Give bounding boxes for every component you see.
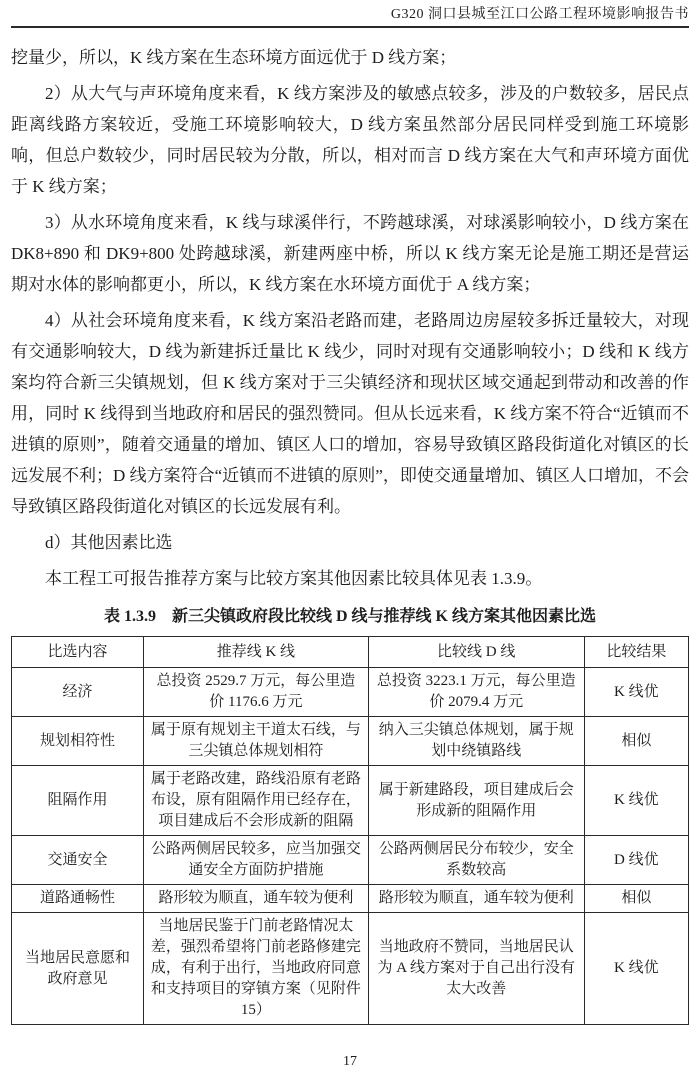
cell-d-line: 公路两侧居民分布较少，安全系数较高 (368, 836, 584, 885)
table-row: 当地居民意愿和政府意见 当地居民鉴于门前老路情况太差，强烈希望将门前老路修建完成… (12, 913, 689, 1025)
cell-factor: 规划相符性 (12, 717, 144, 766)
col-header-d-line: 比较线 D 线 (368, 637, 584, 668)
cell-result: 相似 (584, 885, 688, 913)
col-header-item: 比选内容 (12, 637, 144, 668)
cell-k-line: 属于老路改建，路线沿原有老路布设，原有阻隔作用已经存在，项目建成后不会形成新的阻… (144, 766, 369, 836)
table-row: 规划相符性 属于原有规划主干道太石线，与三尖镇总体规划相符 纳入三尖镇总体规划，… (12, 717, 689, 766)
cell-k-line: 路形较为顺直，通车较为便利 (144, 885, 369, 913)
cell-result: D 线优 (584, 836, 688, 885)
table-row: 道路通畅性 路形较为顺直，通车较为便利 路形较为顺直，通车较为便利 相似 (12, 885, 689, 913)
paragraph-section-d: d）其他因素比选 (11, 527, 689, 558)
cell-result: K 线优 (584, 913, 688, 1025)
cell-d-line: 属于新建路段，项目建成后会形成新的阻隔作用 (368, 766, 584, 836)
paragraph-item-2: 2）从大气与声环境角度来看，K 线方案涉及的敏感点较多，涉及的户数较多，居民点距… (11, 78, 689, 202)
cell-result: K 线优 (584, 766, 688, 836)
page-header: G320 洞口县城至江口公路工程环境影响报告书 (11, 6, 689, 28)
paragraph-item-4: 4）从社会环境角度来看，K 线方案沿老路而建，老路周边房屋较多拆迁量较大，对现有… (11, 305, 689, 522)
cell-factor: 阻隔作用 (12, 766, 144, 836)
document-body: 挖量少，所以，K 线方案在生态环境方面远优于 D 线方案； 2）从大气与声环境角… (11, 42, 689, 1025)
table-row: 阻隔作用 属于老路改建，路线沿原有老路布设，原有阻隔作用已经存在，项目建成后不会… (12, 766, 689, 836)
report-title: G320 洞口县城至江口公路工程环境影响报告书 (11, 6, 689, 23)
cell-result: K 线优 (584, 668, 688, 717)
paragraph-continuation: 挖量少，所以，K 线方案在生态环境方面远优于 D 线方案； (11, 42, 689, 73)
table-row: 交通安全 公路两侧居民较多，应当加强交通安全方面防护措施 公路两侧居民分布较少，… (12, 836, 689, 885)
cell-k-line: 总投资 2529.7 万元，每公里造价 1176.6 万元 (144, 668, 369, 717)
cell-d-line: 当地政府不赞同，当地居民认为 A 线方案对于自己出行没有太大改善 (368, 913, 584, 1025)
paragraph-table-intro: 本工程工可报告推荐方案与比较方案其他因素比较具体见表 1.3.9。 (11, 563, 689, 594)
table-header-row: 比选内容 推荐线 K 线 比较线 D 线 比较结果 (12, 637, 689, 668)
cell-factor: 当地居民意愿和政府意见 (12, 913, 144, 1025)
cell-d-line: 路形较为顺直，通车较为便利 (368, 885, 584, 913)
table-caption: 表 1.3.9 新三尖镇政府段比较线 D 线与推荐线 K 线方案其他因素比选 (11, 603, 689, 626)
cell-result: 相似 (584, 717, 688, 766)
col-header-result: 比较结果 (584, 637, 688, 668)
page-number: 17 (0, 1054, 700, 1070)
cell-k-line: 公路两侧居民较多，应当加强交通安全方面防护措施 (144, 836, 369, 885)
col-header-k-line: 推荐线 K 线 (144, 637, 369, 668)
comparison-table: 比选内容 推荐线 K 线 比较线 D 线 比较结果 经济 总投资 2529.7 … (11, 636, 689, 1025)
paragraph-item-3: 3）从水环境角度来看，K 线与球溪伴行，不跨越球溪，对球溪影响较小，D 线方案在… (11, 207, 689, 300)
cell-k-line: 当地居民鉴于门前老路情况太差，强烈希望将门前老路修建完成，有利于出行，当地政府同… (144, 913, 369, 1025)
cell-k-line: 属于原有规划主干道太石线，与三尖镇总体规划相符 (144, 717, 369, 766)
table-row: 经济 总投资 2529.7 万元，每公里造价 1176.6 万元 总投资 322… (12, 668, 689, 717)
document-page: G320 洞口县城至江口公路工程环境影响报告书 挖量少，所以，K 线方案在生态环… (0, 0, 700, 1083)
cell-factor: 经济 (12, 668, 144, 717)
cell-factor: 交通安全 (12, 836, 144, 885)
header-divider (11, 26, 689, 28)
cell-d-line: 纳入三尖镇总体规划，属于规划中绕镇路线 (368, 717, 584, 766)
cell-d-line: 总投资 3223.1 万元，每公里造价 2079.4 万元 (368, 668, 584, 717)
cell-factor: 道路通畅性 (12, 885, 144, 913)
